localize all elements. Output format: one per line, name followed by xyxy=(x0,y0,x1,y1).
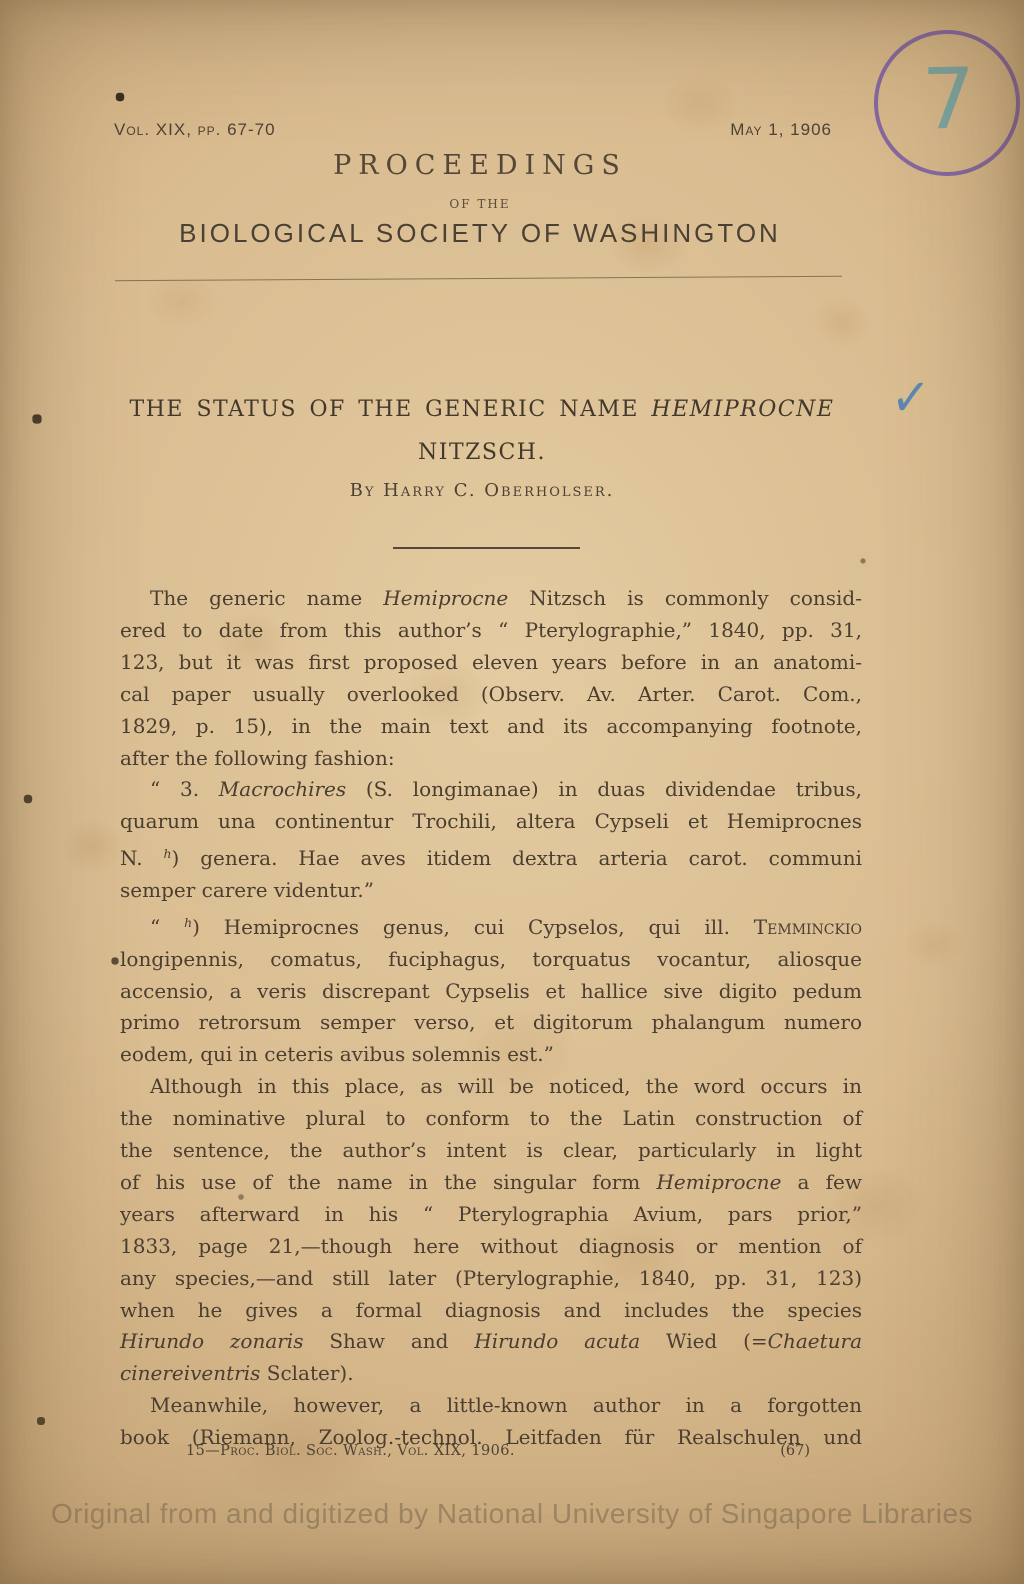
article-body: The generic name Hemiprocne Nitzsch is c… xyxy=(120,583,862,1454)
scanned-document-page: Vol. XIX, pp. 67-70 May 1, 1906 PROCEEDI… xyxy=(0,0,1024,1584)
article-title: THE STATUS OF THE GENERIC NAME HEMIPROCN… xyxy=(102,388,862,474)
paper-specks xyxy=(0,0,2,2)
paragraph: “ h) Hemiprocnes genus, cui Cypselos, qu… xyxy=(120,907,862,1071)
text-line: quarum una continentur Trochili, altera … xyxy=(120,806,862,838)
society-name: BIOLOGICAL SOCIETY OF WASHINGTON xyxy=(0,218,960,249)
text-line: 1833, page 21,—though here without diagn… xyxy=(120,1231,862,1263)
text-line: THE STATUS OF THE GENERIC NAME HEMIPROCN… xyxy=(102,388,862,431)
text-line: 123, but it was first proposed eleven ye… xyxy=(120,647,862,679)
text-line: primo retrorsum semper verso, et digitor… xyxy=(120,1007,862,1039)
text-line: any species,—and still later (Pterylogra… xyxy=(120,1263,862,1295)
issue-date: May 1, 1906 xyxy=(730,120,832,140)
text-line: the sentence, the author’s intent is cle… xyxy=(120,1135,862,1167)
text-line: eodem, qui in ceteris avibus solemnis es… xyxy=(120,1039,862,1071)
text-line: N. h) genera. Hae aves itidem dextra art… xyxy=(120,838,862,875)
text-line: longipennis, comatus, fuciphagus, torqua… xyxy=(120,944,862,976)
article-byline: By Harry C. Oberholser. xyxy=(102,480,862,501)
series-title: PROCEEDINGS xyxy=(0,150,960,181)
masthead: Vol. XIX, pp. 67-70 May 1, 1906 xyxy=(0,120,1024,140)
text-line: accensio, a veris discrepant Cypselis et… xyxy=(120,976,862,1008)
text-line: “ h) Hemiprocnes genus, cui Cypselos, qu… xyxy=(120,907,862,944)
text-line: The generic name Hemiprocne Nitzsch is c… xyxy=(120,583,862,615)
header-rule xyxy=(115,276,842,281)
text-line: years afterward in his “ Pterylographia … xyxy=(120,1199,862,1231)
text-line: after the following fashion: xyxy=(120,743,862,775)
text-line: Although in this place, as will be notic… xyxy=(120,1071,862,1103)
stamp-number: 7 xyxy=(921,50,976,149)
text-line: Meanwhile, however, a little-known autho… xyxy=(120,1390,862,1422)
paragraph: “ 3. Macrochires (S. longimanae) in duas… xyxy=(120,774,862,906)
text-line: cal paper usually overlooked (Observ. Av… xyxy=(120,679,862,711)
page-number: (67) xyxy=(780,1443,810,1459)
text-line: 1829, p. 15), in the main text and its a… xyxy=(120,711,862,743)
page-footer: 15—Proc. Biol. Soc. Wash., Vol. XIX, 190… xyxy=(0,1443,1024,1459)
text-line: semper carere videntur.” xyxy=(120,875,862,907)
printer-signature: 15—Proc. Biol. Soc. Wash., Vol. XIX, 190… xyxy=(186,1443,515,1459)
text-line: ered to date from this author’s “ Pteryl… xyxy=(120,615,862,647)
text-line: NITZSCH. xyxy=(102,431,862,474)
text-line: Hirundo zonaris Shaw and Hirundo acuta W… xyxy=(120,1326,862,1358)
text-line: of his use of the name in the singular f… xyxy=(120,1167,862,1199)
title-divider xyxy=(393,547,580,549)
of-the-label: OF THE xyxy=(0,197,960,211)
text-line: when he gives a formal diagnosis and inc… xyxy=(120,1295,862,1327)
text-line: “ 3. Macrochires (S. longimanae) in duas… xyxy=(120,774,862,806)
checkmark-annotation: ✓ xyxy=(889,365,932,431)
volume-info: Vol. XIX, pp. 67-70 xyxy=(114,120,276,140)
text-line: cinereiventris Sclater). xyxy=(120,1358,862,1390)
paragraph: Although in this place, as will be notic… xyxy=(120,1071,862,1390)
digitization-watermark: Original from and digitized by National … xyxy=(0,1498,1024,1530)
paragraph: The generic name Hemiprocne Nitzsch is c… xyxy=(120,583,862,774)
text-line: the nominative plural to conform to the … xyxy=(120,1103,862,1135)
